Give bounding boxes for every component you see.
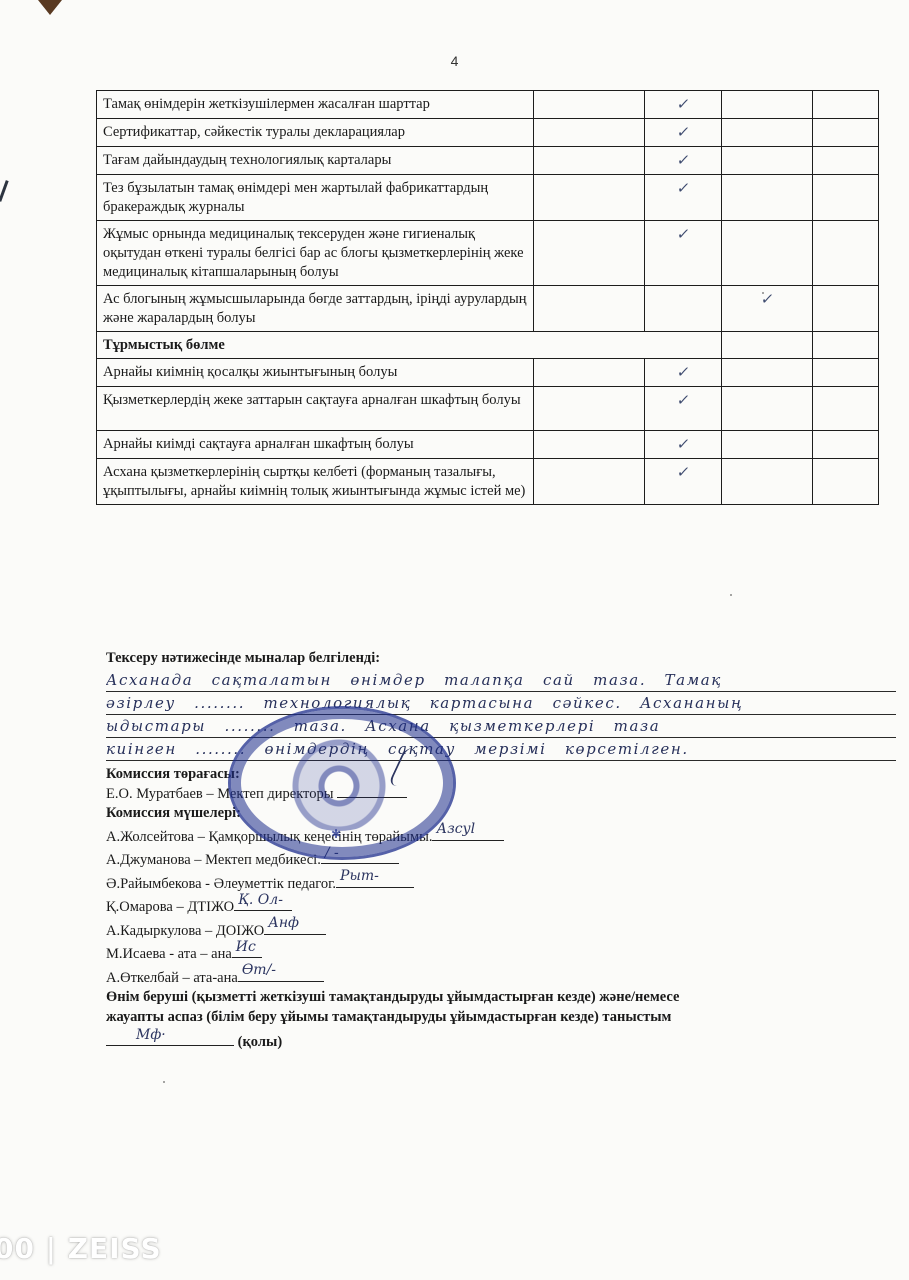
checklist-item-label: Сертификаттар, сәйкестік туралы декларац… [97, 119, 534, 147]
inspection-results: Тексеру нәтижесінде мыналар белгіленді: … [106, 648, 896, 1053]
check-cell [722, 119, 813, 147]
check-cell: ✓ [645, 359, 722, 387]
commission-member: А.Жолсейтова – Қамқоршылық кеңесінің төр… [106, 824, 896, 848]
commission-member: А.Өткелбай – ата-анаѲт/- [106, 965, 896, 989]
handwritten-line: әзірлеу ........ технологиялық картасына… [106, 692, 896, 715]
check-cell [722, 459, 813, 505]
member-signature: Рыт- [340, 867, 379, 887]
member-signature-line: Рыт- [336, 871, 414, 888]
member-signature: Азсуl [436, 820, 475, 840]
checklist-row: Жұмыс орнында медициналық тексеруден жән… [97, 221, 879, 286]
check-cell [722, 175, 813, 221]
check-cell [813, 359, 879, 387]
member-signature: Қ. Ол- [238, 891, 283, 911]
check-cell [813, 147, 879, 175]
margin-mark [0, 180, 9, 202]
checklist-item-label: Арнайы киімді сақтауға арналған шкафтың … [97, 431, 534, 459]
chair-name: Е.О. Муратбаев – Мектеп директоры [106, 786, 333, 802]
checklist-item-label: Ас блогының жұмысшыларында бөгде заттард… [97, 286, 534, 332]
commission-member: Қ.Омарова – ДТІЖОҚ. Ол- [106, 894, 896, 918]
checkmark-icon: ✓ [675, 95, 691, 114]
check-cell [534, 387, 645, 431]
check-cell [722, 221, 813, 286]
member-name: А.Жолсейтова – Қамқоршылық кеңесінің төр… [106, 829, 432, 845]
acknowledgement-signature: Мф· [136, 1026, 166, 1046]
member-signature: Ѳт/- [242, 961, 276, 981]
check-cell [534, 119, 645, 147]
results-heading: Тексеру нәтижесінде мыналар белгіленді: [106, 648, 896, 668]
check-cell [534, 175, 645, 221]
check-cell: ✓ [645, 119, 722, 147]
check-cell [813, 459, 879, 505]
check-cell: ✓ [645, 431, 722, 459]
speck [762, 292, 764, 294]
handwritten-findings: Асханада сақталатын өнімдер талапқа сай … [106, 669, 896, 761]
speck [163, 1081, 165, 1083]
check-cell [534, 431, 645, 459]
check-cell: ✓ [645, 459, 722, 505]
check-cell: ✓ [645, 221, 722, 286]
checkmark-icon: ✓ [675, 391, 691, 410]
checklist-item-label: Тез бұзылатын тамақ өнімдері мен жартыла… [97, 175, 534, 221]
acknowledgement-signature-line: Мф· [106, 1027, 234, 1046]
checklist-row: Қызметкерлердің жеке заттарын сақтауға а… [97, 387, 879, 431]
speck [730, 594, 732, 596]
commission-chair: Е.О. Муратбаев – Мектеп директоры [106, 785, 896, 805]
check-cell: ✓ [645, 91, 722, 119]
check-cell: ✓ [722, 286, 813, 332]
checklist-row: Арнайы киімнің қосалқы жиынтығының болуы… [97, 359, 879, 387]
checkmark-icon: ✓ [675, 463, 691, 482]
checklist-item-label: Тамақ өнімдерін жеткізушілермен жасалған… [97, 91, 534, 119]
member-signature: Ис [236, 938, 256, 958]
member-name: А.Джуманова – Мектеп медбикесі. [106, 852, 321, 868]
check-cell [722, 387, 813, 431]
check-cell [534, 91, 645, 119]
check-cell [813, 221, 879, 286]
binder-clip-corner [38, 0, 62, 15]
checklist-row: Сертификаттар, сәйкестік туралы декларац… [97, 119, 879, 147]
checklist-row: Тағам дайындаудың технологиялық карталар… [97, 147, 879, 175]
check-cell: ✓ [645, 387, 722, 431]
member-signature-line: Ис [232, 941, 262, 958]
member-signature-line: Анф [264, 918, 326, 935]
member-name: А.Өткелбай – ата-ана [106, 970, 238, 986]
member-signature: Анф [268, 914, 299, 934]
checklist-item-label: Қызметкерлердің жеке заттарын сақтауға а… [97, 387, 534, 431]
member-signature-line: / - [321, 847, 399, 864]
inspection-checklist-table: Тамақ өнімдерін жеткізушілермен жасалған… [96, 90, 879, 505]
checklist-item-label: Асхана қызметкерлерінің сыртқы келбеті (… [97, 459, 534, 505]
acknowledgement-signature-row: Мф· (қолы) [106, 1027, 896, 1053]
check-cell [534, 286, 645, 332]
member-name: М.Исаева - ата – ана [106, 946, 232, 962]
commission-members-list: А.Жолсейтова – Қамқоршылық кеңесінің төр… [106, 824, 896, 989]
member-name: Қ.Омарова – ДТІЖО [106, 899, 234, 915]
member-signature-line: Қ. Ол- [234, 894, 292, 911]
checklist-row: Тез бұзылатын тамақ өнімдері мен жартыла… [97, 175, 879, 221]
member-name: Ә.Райымбекова - Әлеуметтік педагог. [106, 876, 336, 892]
checklist-item-label: Арнайы киімнің қосалқы жиынтығының болуы [97, 359, 534, 387]
check-cell [813, 387, 879, 431]
checkmark-icon: ✓ [675, 179, 691, 198]
empty-cell [813, 332, 879, 359]
handwritten-line: киінген ........ өнімдердің сақтау мерзі… [106, 738, 896, 761]
commission-member: А.Джуманова – Мектеп медбикесі./ - [106, 847, 896, 871]
check-cell: ✓ [645, 147, 722, 175]
commission-chair-heading: Комиссия төрағасы: [106, 765, 896, 785]
check-cell: ✓ [645, 175, 722, 221]
checkmark-icon: ✓ [675, 363, 691, 382]
checkmark-icon: ✓ [675, 225, 691, 244]
check-cell [813, 91, 879, 119]
empty-cell [722, 332, 813, 359]
handwritten-line: ыдыстары ........ таза. Асхана қызметкер… [106, 715, 896, 738]
check-cell [534, 147, 645, 175]
check-cell [534, 221, 645, 286]
check-cell [534, 459, 645, 505]
check-cell [722, 359, 813, 387]
checklist-item-label: Жұмыс орнында медициналық тексеруден жән… [97, 221, 534, 286]
checkmark-icon: ✓ [675, 123, 691, 142]
checkmark-icon: ✓ [675, 435, 691, 454]
acknowledgement-line-2: жауапты аспаз (білім беру ұйымы тамақтан… [106, 1008, 896, 1028]
check-cell [722, 431, 813, 459]
camera-watermark: 00 | ZEISS [0, 1232, 162, 1265]
check-cell [722, 147, 813, 175]
check-cell [813, 431, 879, 459]
commission-section: Комиссия төрағасы: Е.О. Муратбаев – Мект… [106, 765, 896, 1053]
check-cell [813, 175, 879, 221]
section-row: Тұрмыстық бөлме [97, 332, 879, 359]
check-cell [534, 359, 645, 387]
check-cell [813, 119, 879, 147]
check-cell [813, 286, 879, 332]
commission-member: М.Исаева - ата – анаИс [106, 941, 896, 965]
section-title: Тұрмыстық бөлме [97, 332, 722, 359]
page-number: 4 [0, 53, 909, 69]
checkmark-icon: ✓ [675, 151, 691, 170]
signature-caption: (қолы) [238, 1034, 283, 1050]
member-name: А.Кадыркулова – ДОІЖО [106, 923, 264, 939]
member-signature-line: Азсуl [432, 824, 504, 841]
chair-signature-line [337, 797, 407, 798]
check-cell [645, 286, 722, 332]
member-signature-line: Ѳт/- [238, 965, 324, 982]
checklist-row: Асхана қызметкерлерінің сыртқы келбеті (… [97, 459, 879, 505]
handwritten-line: Асханада сақталатын өнімдер талапқа сай … [106, 669, 896, 692]
check-cell [722, 91, 813, 119]
commission-member: А.Кадыркулова – ДОІЖОАнф [106, 918, 896, 942]
commission-member: Ә.Райымбекова - Әлеуметтік педагог.Рыт- [106, 871, 896, 895]
checklist-row: Тамақ өнімдерін жеткізушілермен жасалған… [97, 91, 879, 119]
checklist-row: Арнайы киімді сақтауға арналған шкафтың … [97, 431, 879, 459]
checklist-item-label: Тағам дайындаудың технологиялық карталар… [97, 147, 534, 175]
acknowledgement-line-1: Өнім беруші (қызметті жеткізуші тамақтан… [106, 988, 896, 1008]
member-signature: / - [325, 844, 339, 864]
commission-members-heading: Комиссия мүшелері: [106, 804, 896, 824]
